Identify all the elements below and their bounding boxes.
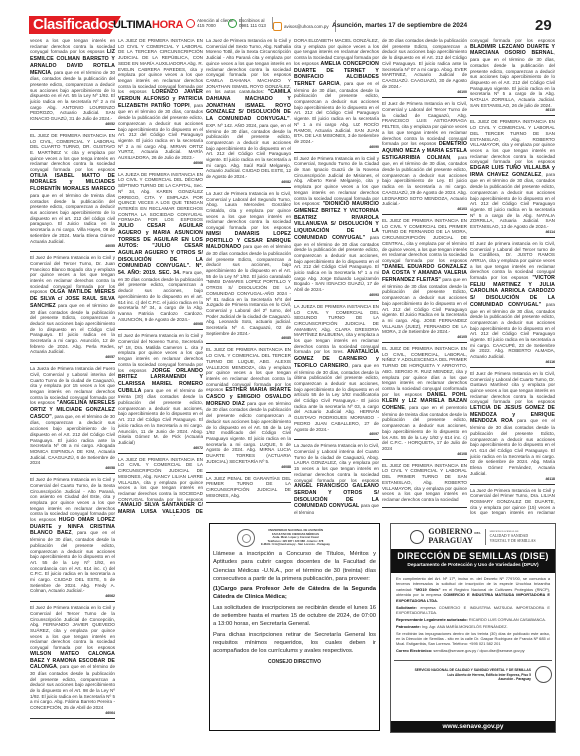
section-title: Clasificados [29,16,121,34]
contact-value: 0981 111 013 [239,23,266,28]
edict-text: EL JUEZ DE PRIMERA INSTANCIA EN LO CIVIL… [382,463,467,502]
ad-representative: Representante Legalmente autorizado: RIC… [396,617,550,622]
ad-email: Correo Electrónico: semillas@senave.gov.… [396,648,550,653]
edict-text: EL JUEZ DE PRIMERA INSTANCIA EN LO CIVIL… [470,119,555,164]
edict-text: , para que en el término de 30 días, con… [30,530,115,593]
legal-edict: La Juez de Primera Instancia en lo Civil… [206,191,291,345]
ad-website: www.senave.gov.py [391,721,555,732]
legal-edict: El Juez de Primera Instancia en lo Civil… [294,156,379,301]
government-name: GOBIERNO DEL PARAGUAY [428,528,480,545]
legal-edict: DORA ELIZABETH MACIEL GONZÁLEZ, cita y e… [294,38,379,153]
edict-code: 46105 [382,335,467,339]
edict-parties: JULIO CESAR AGUILAR AGUERO y MARIA ASUNC… [118,223,203,276]
edict-text: EL JUEZ DE PRIMERA INSTANCIA EN LO CIVIL… [30,133,115,172]
legal-edict: veces a los que tengan interés en reclam… [30,38,115,130]
edict-text: , para que en el término de 30 días, con… [30,70,115,122]
edict-text: LA JUEZ PENAL DE GARANTÍAS DEL PRIMER TU… [206,476,291,498]
legal-edict: El Juez de Primera Instancia en lo Civil… [382,101,467,215]
legal-edict: El Juez de Primera Instancia en lo Civil… [30,605,115,719]
ad-body: En cumplimiento del Art. Nº 17º, inciso … [391,573,555,658]
edict-text: veces a los que tengan interés en reclam… [30,38,115,54]
legal-edict: La Juez de Primera Instancia en lo Civil… [470,488,555,516]
ad-intro: Llámese a inscripción a Concurso de Títu… [213,550,376,583]
edict-code: 46108 [382,452,467,456]
edict-parties: BLADIMIR LEZCANO DUARTE Y MARCIANA OSORI… [470,44,555,57]
legal-edict: El Juez de Primera Instancia en lo Civil… [30,255,115,363]
contact-whatsapp: Escribinos al0981 111 013 [228,17,273,29]
edict-code: 46062 [30,594,115,598]
column-4: DORA ELIZABETH MACIEL GONZÁLEZ, cita y e… [294,38,379,516]
column-6: conyugal formada por los esposos BLADIMI… [470,38,555,516]
edict-text: EL JUEZ DE PRIMERA INSTANCIA EN LO CIVIL… [382,346,467,397]
edict-text: , para que en el término de 30 días cont… [30,664,115,710]
edict-text: , para que en el término de 30 días, con… [470,172,555,229]
edict-code: 46110 [470,108,555,112]
publication-date: Asunción, martes 17 de septiembre de 202… [332,22,467,29]
edict-code: 46085 [206,336,291,340]
legal-edict: EL JUEZ DE PRIMERA INSTANCIA EN LO CIVIL… [382,346,467,460]
senave-ad: GOBIERNO DEL PARAGUAY SERVICIO NACIONAL … [390,523,556,733]
edict-text: para que en el término de 30 días contad… [206,244,291,336]
edict-text: Para que, en 30 días contados desde la p… [118,270,203,322]
legal-edict: LA JUEZA DE PRIMERA INSTANCIA EN LO CIVI… [118,172,203,331]
column-3: La Juez de Primera Instancia en lo Civil… [206,38,291,516]
edict-code: 46088 [206,465,291,469]
edict-code: 46097 [294,432,379,436]
government-emblem-icon [410,530,424,544]
legal-edict: conyugal formada por los esposos BLADIMI… [470,38,555,116]
edict-code: 46093 [294,293,379,297]
edict-text: para que en el término de treinta (30) d… [118,388,203,445]
edict-code: 46082 [206,180,291,184]
legal-edict: LA JUEZ PENAL DE GARANTÍAS DEL PRIMER TU… [206,476,291,504]
edict-text: La Juez de Primera Instancia en lo Civil… [206,191,291,230]
edict-text: , para que en el término de 30 días, con… [118,103,203,160]
edict-text: para que en término de 30 días contados … [206,401,291,464]
edict-text: para que en el término de 30 días, conta… [470,302,555,359]
edict-code: 46100 [382,90,467,94]
edict-text: LA JUEZA DE PRIMERA INSTANCIA EN LO CIVI… [294,304,379,355]
edict-text: , para que en el término de 30 días, con… [470,50,555,107]
edict-code: 46058 [30,466,115,470]
edict-code: 46090 [294,145,379,149]
edict-text: LA JUEZ DE PRIMERA INSTANCIA EN LO CIVIL… [118,38,203,94]
column-5: de 30 días contados desde la publicación… [382,38,467,516]
edict-text: EL JUEZ DE PRIMERA INSTANCIA EN LO CIVIL… [382,218,467,263]
ad-footer: SERVICIO NACIONAL DE CALIDAD Y SANIDAD V… [394,660,552,686]
government-header: GOBIERNO DEL PARAGUAY SERVICIO NACIONAL … [391,524,555,549]
newspaper-logo: ULTIMAHORA [113,19,183,31]
column-2: LA JUEZ DE PRIMERA INSTANCIA EN LO CIVIL… [118,38,203,516]
edict-code: 46103 [382,207,467,211]
edict-text: LA JUEZ DE PRIMERA INSTANCIA EN LO CIVIL… [118,457,203,502]
edict-text: para que en el término de 30 días contad… [382,277,467,334]
university-seal-icon [237,529,255,547]
column-1: veces a los que tengan interés en reclam… [30,38,115,750]
edict-text: , para que en el perentorio término de t… [382,405,467,451]
edict-text: La Juez de Primera Instancia en lo Civil… [470,488,555,516]
ad-sponsor: Patrocinante: Ing. Agr. ANA MARÍA MONGEL… [396,624,550,629]
legal-edict: El Juez de Primera Instancia en lo Civil… [30,477,115,602]
edict-text: , para que en el término de 30 días, con… [294,363,379,432]
edict-text: EL JUEZ DE PRIMERA INSTANCIA EN LO CIVIL… [206,347,291,392]
ad-subtitle: Departamento de Protección y Uso de Vari… [391,562,555,569]
legal-edict: La Juez de Primera Instancia en lo Civil… [206,38,291,188]
legal-edict: La Jueza de Primera Instancia del Fuero … [30,366,115,474]
legal-edict: LA JUEZ DE PRIMERA INSTANCIA EN LO CIVIL… [118,457,203,516]
edict-text: El Juez de Primera Instancia en lo Civil… [30,605,115,650]
phone-icon [186,19,195,28]
legal-edict: EL JUEZ DE PRIMERA INSTANCIA EN LO CIVIL… [470,119,555,237]
edict-code: 46057 [30,355,115,359]
university-ad: UNIVERSIDAD NACIONAL DE ASUNCIÓN FACULTA… [209,523,380,731]
ad-applicant: Solicitante: empresa COMERCIO E INDUSTRI… [396,605,550,616]
logo-ultima: ULTIMA [113,19,152,31]
edict-text: para que en el término de 30 días contad… [470,418,555,475]
email-icon [273,22,282,31]
ad-paragraph-notice: En cumplimiento del Art. Nº 17º, inciso … [396,576,550,603]
ad-objections: Se recibirán las impugnaciones dentro de… [396,631,550,647]
edict-code: 46068 [118,322,203,326]
legal-edict: EL JUEZ DE PRIMERA INSTANCIA EN LO CIVIL… [382,218,467,343]
university-info: UNIVERSIDAD NACIONAL DE ASUNCIÓN FACULTA… [261,529,330,547]
contact-value: avisos@uhora.com.py [284,24,329,29]
edict-code: 46052 [30,122,115,126]
edict-code: 46118 [470,477,555,481]
edict-text: El Juez de Primera Instancia en lo Civil… [294,156,379,207]
contact-value: 415 7000 [197,23,216,28]
edict-parties: "AMALIO SILVA SANTANDER C/ MARIA LUISA V… [118,502,203,516]
legal-edict: El Juez de primera instancia en lo Civil… [470,241,555,368]
edict-code: 46072 [118,446,203,450]
edict-text: La Jueza de Primera Instancia en lo Civi… [294,443,379,482]
edict-code: 46066 [118,161,203,165]
page-number: 29 [535,17,552,34]
legal-edict: EL JUEZ DE PRIMERA INSTANCIA EN LO CIVIL… [206,347,291,472]
edict-text: , para que, en el término de 30 días, co… [30,414,115,466]
whatsapp-icon [228,19,237,28]
legal-edict: de 30 días contados desde la publicación… [382,38,467,98]
edict-text: conyugal formada por los esposos [470,38,555,43]
agency-name: SERVICIO NACIONAL DE CALIDAD Y SANIDAD V… [490,530,536,544]
page-header: Clasificados ULTIMAHORA Atención al clie… [0,0,580,36]
edict-text: , para que en el término de 30 días, con… [294,81,379,144]
legal-edict: EL JUEZ DE PRIMERA INSTANCIA EN LO CIVIL… [382,463,467,508]
contact-email: avisos@uhora.com.py [273,20,336,32]
ad-title-band: DIRECCIÓN DE SEMILLAS (DISE) Departament… [391,549,555,573]
legal-edict: EL JUEZ DE PRIMERA INSTANCIA EN LO CIVIL… [30,133,115,252]
ad-signature: CONSEJO DIRECTIVO [213,658,376,666]
ad-position: (1)Cargo para Profesor Jefe de Cátedra d… [213,585,376,602]
edict-code: 46116 [470,360,555,364]
edict-text: para que en el término de 30 días contad… [30,303,115,355]
legal-edict: La Jueza de Primera Instancia en lo Civi… [294,443,379,516]
legal-edict: LA JUEZA DE PRIMERA INSTANCIA EN LO CIVI… [294,304,379,440]
edict-parties: OTILIA ISABEL MATTO DE MORALES y MILCIAD… [30,173,115,192]
logo-hora: HORA [152,19,183,31]
edict-text: , para que, en el término de 30 días, co… [382,155,467,207]
edict-code: 46114 [470,230,555,234]
edict-text: LA JUEZA DE PRIMERA INSTANCIA EN LO CIVI… [118,172,203,223]
edict-text: de 30 días contados desde la publicación… [382,38,467,89]
legal-edict: LA JUEZ DE PRIMERA INSTANCIA EN LO CIVIL… [118,38,203,169]
edict-text: El Juez de Primera Instancia en lo Civil… [382,101,467,146]
edict-text: para que en el término de treinta días c… [30,193,115,244]
ad-requirements: Para dichas inscripciones retirar de Sec… [213,631,376,656]
edict-text: para que en el término de 30 días contad… [294,235,379,292]
ad-title: DIRECCIÓN DE SEMILLAS (DISE) [391,551,555,562]
edict-code: 46064 [30,711,115,715]
edict-text: El Juez de Primera Instancia en lo Civil… [30,477,115,522]
legal-edict: El Juez de Primera Instancia en lo Civil… [470,371,555,485]
ad-dates: Las solicitudes de inscripciones se reci… [213,604,376,629]
edict-code: 46055 [30,244,115,248]
university-header: UNIVERSIDAD NACIONAL DE ASUNCIÓN FACULTA… [213,527,376,549]
edict-text: . EXP. Nº 142. AÑO 2024, para que, en el… [206,116,291,179]
edict-text: La Juez de Primera Instancia en lo Civil… [206,38,291,94]
senave-emblem-icon [535,666,552,683]
edict-text: El Juez de Primera Instancia en lo Civil… [470,371,555,405]
legal-edict: El Juez de Primera Instancia en lo Civil… [118,333,203,453]
